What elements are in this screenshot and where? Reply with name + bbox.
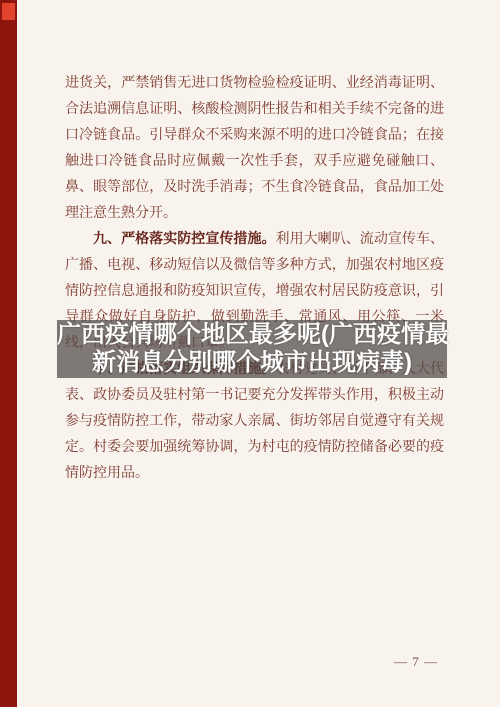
page-number: — 7 — — [394, 654, 438, 670]
scan-edge-bar-highlight — [2, 3, 15, 20]
paragraph-nine-heading: 九、严格落实防控宣传措施。 — [93, 232, 276, 247]
overlay-title-line1: 广西疫情哪个地区最多呢(广西疫情最 — [57, 321, 447, 349]
scan-edge-bar — [0, 0, 17, 707]
overlay-title-line2: 新消息分别哪个城市出现病毒) — [57, 349, 447, 377]
paragraph-imported-cold-chain: 进货关，严禁销售无进口货物检验检疫证明、业经消毒证明、合法追溯信息证明、核酸检测… — [65, 71, 444, 227]
document-page: 进货关，严禁销售无进口货物检验检疫证明、业经消毒证明、合法追溯信息证明、核酸检测… — [0, 0, 500, 707]
overlay-title-band: 广西疫情哪个地区最多呢(广西疫情最 新消息分别哪个城市出现病毒) — [57, 320, 447, 378]
document-body-text: 进货关，严禁销售无进口货物检验检疫证明、业经消毒证明、合法追溯信息证明、核酸检测… — [65, 71, 444, 487]
paragraph-ten-body: 农村党员、村干部、人大代表、政协委员及驻村第一书记要充分发挥带头作用，积极主动参… — [65, 362, 444, 481]
